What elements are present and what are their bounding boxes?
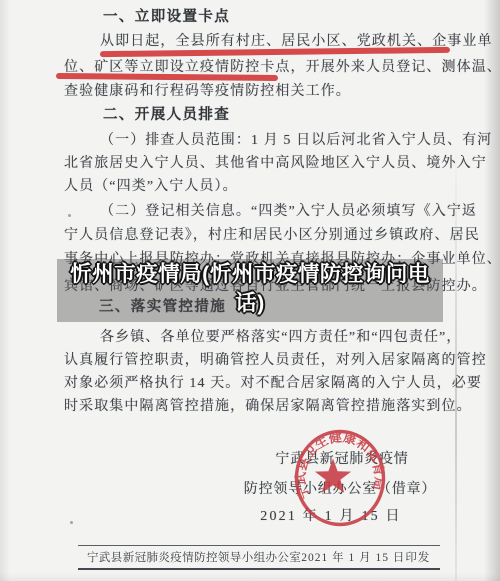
document-line: 认真履行管控职责，明确管控人员责任，对列入居家隔离的管控 (64, 351, 487, 370)
official-seal: 宁武县卫生健康和体育局 (285, 424, 400, 536)
section-heading: 一、立即设置卡点 (103, 8, 230, 27)
document-line: （一）排查人员范围：1 月 5 日以后河北省入宁人员、有河 (100, 131, 492, 150)
footer-org: 宁武县新冠肺炎疫情防控领导小组办公室 (87, 549, 301, 565)
star-icon (315, 459, 351, 493)
section-heading: 二、开展人员排查 (103, 106, 230, 125)
overlay-caption: 忻州市疫情局(忻州市疫情防控询问电 话) (47, 260, 453, 318)
paper-speck (70, 521, 73, 524)
document-line: （二）登记相关信息。“四类”入宁人员必须填写《入宁返 (100, 202, 477, 221)
overlay-caption-line1: 忻州市疫情局(忻州市疫情防控询问电 (47, 260, 453, 289)
document-line: 查验健康码和行程码等疫情防控相关工作。 (64, 82, 351, 101)
document-line: 人员（“四类”入宁人员）。 (64, 177, 238, 196)
overlay-caption-line2: 话) (47, 289, 453, 318)
document-line: 对象必须严格执行 14 天。对不配合居家隔离的入宁人员，必要 (64, 374, 482, 393)
scanned-document-page: 一、立即设置卡点 从即日起，全县所有村庄、居民小区、党政机关、企事业单 位、矿区… (0, 0, 500, 581)
paper-speck (68, 214, 71, 217)
footer-date: 2021 年 1 月 15 日印发 (301, 549, 430, 565)
red-underline (56, 73, 278, 81)
document-line: 宁人员信息登记表》，村庄和居民小区分别通过乡镇政府、居民 (64, 226, 480, 245)
document-line: 时采取集中隔离管控措施，确保居家隔离管控措施落实到位。 (64, 397, 472, 416)
document-line: 北省旅居史入宁人员、其他省中高风险地区入宁人员、境外入宁 (64, 154, 487, 173)
page-fold-line (455, 0, 457, 581)
document-footer: 宁武县新冠肺炎疫情防控领导小组办公室 2021 年 1 月 15 日印发 (78, 545, 440, 570)
document-line: 各乡镇、各单位要严格落实“四方责任”和“四包责任”， (100, 328, 461, 347)
seal-ring-text: 宁武县卫生健康和体育局 (293, 429, 387, 501)
